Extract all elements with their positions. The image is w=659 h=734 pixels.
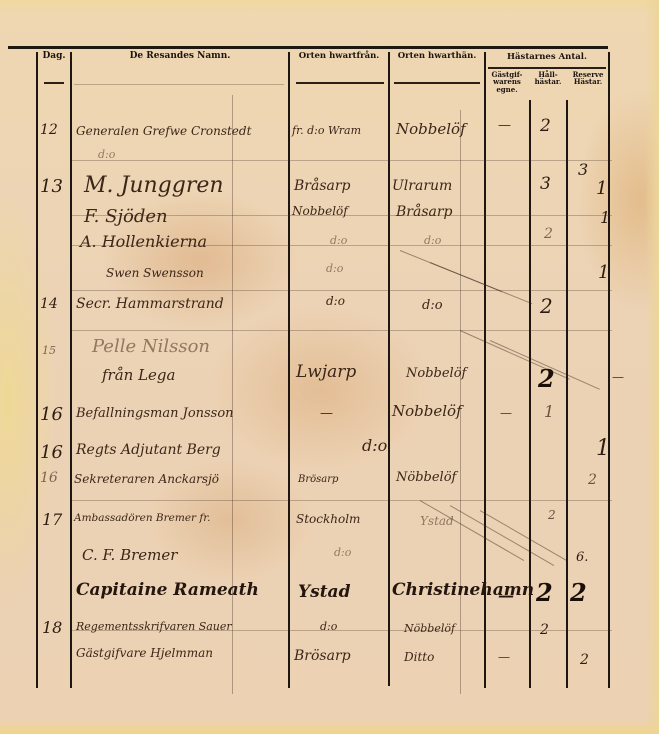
row-traveller-name: Capitaine Rameath: [76, 580, 259, 600]
row-to: Bråsarp: [396, 204, 453, 220]
row-to: Nobbelöf: [406, 366, 466, 381]
row-reserve: 6.: [576, 550, 588, 565]
header-underline: [74, 84, 284, 85]
row-reserve: 1: [598, 262, 609, 283]
row-traveller-name: Regts Adjutant Berg: [76, 442, 221, 458]
row-own: —: [498, 586, 514, 605]
row-from: Stockholm: [296, 512, 360, 526]
row-from: d:o: [334, 546, 351, 559]
row-from: Bråsarp: [294, 178, 351, 194]
row-day: 17: [42, 510, 62, 529]
row-traveller-name: Pelle Nilsson: [92, 336, 210, 357]
row-relay: 2: [544, 226, 553, 242]
ink-bleed-stroke: [420, 500, 525, 561]
row-from: d:o: [320, 620, 337, 633]
row-relay: 2: [540, 622, 549, 638]
row-from: Ystad: [298, 582, 350, 602]
row-from: d:o: [330, 234, 347, 247]
row-from: Brösarp: [294, 648, 351, 664]
row-traveller-name: d:o: [98, 148, 115, 161]
row-to: Nöbbelöf: [404, 622, 455, 635]
row-to: Ditto: [404, 650, 434, 664]
paper-edge-right: [645, 0, 659, 734]
paper-edge-bottom: [0, 720, 659, 734]
row-traveller-name: Regementsskrifvaren Sauer: [76, 620, 232, 633]
header-top-rule: [8, 46, 608, 49]
row-traveller-name: Ambassadören Bremer fr.: [74, 512, 211, 524]
column-line-day-right: [70, 52, 72, 688]
row-to: Ulrarum: [392, 178, 452, 194]
row-to: Nobbelöf: [396, 120, 466, 138]
row-traveller-name: Generalen Grefwe Cronstedt: [76, 124, 251, 138]
row-day: 16: [40, 442, 63, 463]
row-from: Nobbelöf: [292, 204, 348, 218]
row-traveller-name: Secr. Hammarstrand: [76, 296, 224, 312]
row-from: d:o: [326, 294, 345, 308]
row-rule: [72, 290, 612, 291]
row-to: d:o: [424, 234, 441, 247]
row-reserve: 2: [548, 508, 556, 522]
row-relay: 1: [544, 402, 554, 421]
scanned-ledger-page: Dag. De Resandes Namn. Orten hwartfrån. …: [0, 0, 659, 734]
row-traveller-name: C. F. Bremer: [82, 546, 177, 564]
ink-bleed-stroke: [430, 262, 532, 304]
row-from: Lwjarp: [296, 362, 356, 382]
header-reserve-horses: Reserve Hästar.: [568, 71, 608, 86]
header-horses-group: Hästarnes Antal.: [488, 53, 606, 62]
header-underline: [394, 82, 480, 84]
row-reserve: 1: [596, 436, 610, 461]
faint-ruling-line: [232, 95, 233, 694]
header-relay-horses: Håll-hästar.: [531, 71, 565, 86]
header-from-place: Orten hwartfrån.: [292, 52, 386, 61]
row-day: 15: [42, 344, 56, 357]
row-rule: [72, 500, 612, 501]
row-day: 18: [42, 618, 62, 637]
row-reserve: 3: [578, 160, 588, 179]
row-day: 13: [40, 176, 63, 197]
row-reserve: 1: [596, 178, 607, 199]
header-day: Dag.: [38, 52, 70, 61]
row-own: —: [498, 118, 511, 133]
header-to-place: Orten hwarthän.: [392, 52, 482, 61]
row-from: d:o: [326, 262, 343, 275]
row-from: Brösarp: [298, 474, 338, 485]
row-traveller-name: Sekreteraren Anckarsjö: [74, 472, 219, 486]
row-traveller-name: Swen Swensson: [106, 266, 204, 280]
header-traveller-name: De Resandes Namn.: [74, 52, 286, 61]
row-relay: 3: [540, 174, 551, 194]
row-traveller-name: Gästgifvare Hjelmman: [76, 646, 213, 660]
ink-bleed-stroke: [450, 505, 555, 566]
row-traveller-name: F. Sjöden: [84, 206, 168, 227]
column-line-relay-right: [566, 100, 568, 688]
row-day: 12: [40, 122, 58, 138]
column-line-to-left: [388, 52, 390, 686]
row-reserve: 2: [588, 472, 597, 488]
row-day: 16: [40, 404, 63, 425]
row-rule: [72, 160, 612, 161]
header-underline: [44, 82, 64, 84]
row-relay: 2: [540, 294, 553, 318]
row-reserve: 2: [580, 652, 589, 668]
row-to: d:o: [362, 436, 387, 455]
row-relay: 2: [540, 116, 551, 136]
row-own: —: [498, 650, 510, 664]
row-traveller-name: A. Hollenkierna: [80, 232, 207, 251]
header-underline: [488, 67, 606, 69]
row-traveller-name: M. Junggren: [84, 173, 224, 198]
row-reserve: —: [612, 370, 624, 384]
column-line-reserve-right: [608, 52, 610, 688]
column-line-from-left: [288, 52, 290, 688]
column-line-day-left: [36, 52, 38, 688]
row-traveller-name: från Lega: [102, 366, 175, 384]
row-to: Nobbelöf: [392, 402, 462, 420]
row-day: 14: [40, 296, 58, 312]
row-from: —: [320, 406, 333, 421]
header-underline: [296, 82, 384, 84]
row-relay: 2: [536, 578, 553, 607]
row-to: Nöbbelöf: [396, 470, 456, 485]
row-reserve: 1: [600, 208, 610, 227]
row-day: 16: [40, 470, 58, 486]
ink-bleed-stroke: [460, 330, 570, 380]
row-own: —: [500, 406, 512, 420]
row-rule: [72, 330, 612, 331]
row-to: d:o: [422, 298, 443, 313]
row-reserve: 2: [570, 578, 587, 607]
row-traveller-name: Befallningsman Jonsson: [76, 406, 234, 421]
header-innkeeper-own: Gästgif-warens egne.: [486, 71, 528, 93]
row-from: fr. d:o Wram: [292, 124, 361, 137]
